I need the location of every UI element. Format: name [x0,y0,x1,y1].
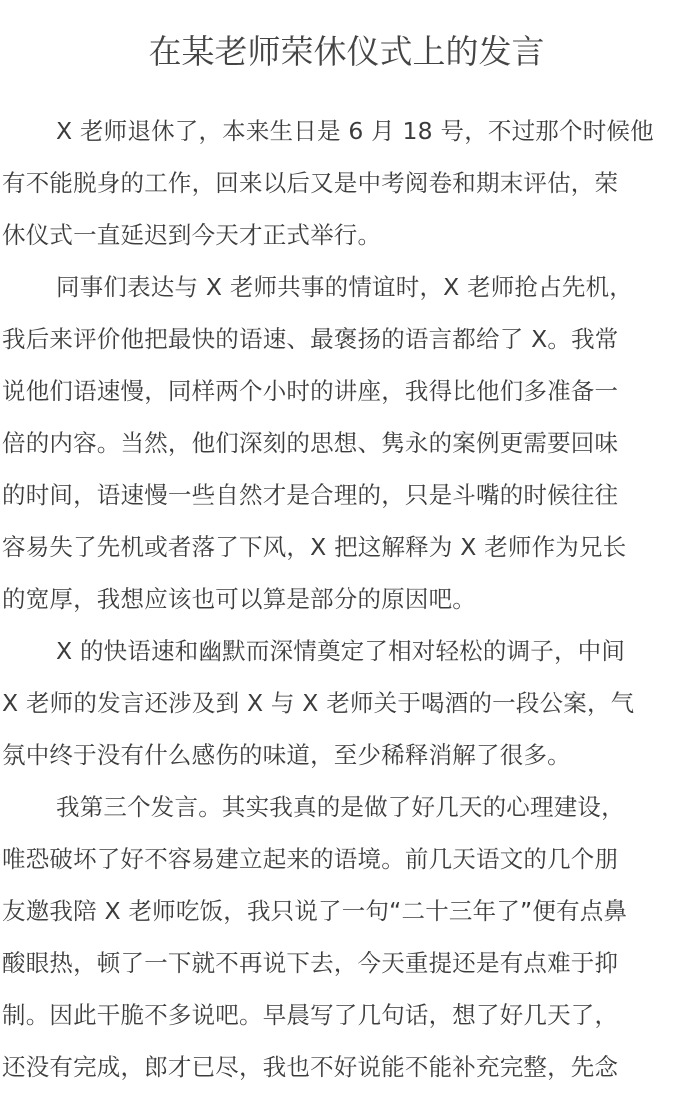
paragraph-1: X 老师退休了，本来生日是 6 月 18 号，不过那个时候他 有不能脱身的工作，… [2,105,692,261]
text-line: X 的快语速和幽默而深情奠定了相对轻松的调子，中间 [2,625,692,677]
paragraph-2: 同事们表达与 X 老师共事的情谊时，X 老师抢占先机， 我后来评价他把最快的语速… [2,261,692,625]
text-line: 友邀我陪 X 老师吃饭，我只说了一句“二十三年了”便有点鼻 [2,885,692,937]
paragraph-3: X 的快语速和幽默而深情奠定了相对轻松的调子，中间 X 老师的发言还涉及到 X … [2,625,692,781]
text-line: X 老师退休了，本来生日是 6 月 18 号，不过那个时候他 [2,105,692,157]
text-line: 制。因此干脆不多说吧。早晨写了几句话，想了好几天了， [2,989,692,1041]
text-line: 酸眼热，顿了一下就不再说下去，今天重提还是有点难于抑 [2,937,692,989]
text-line: 的时间，语速慢一些自然才是合理的，只是斗嘴的时候往往 [2,469,692,521]
text-line: 有不能脱身的工作，回来以后又是中考阅卷和期末评估，荣 [2,157,692,209]
text-line: 容易失了先机或者落了下风，X 把这解释为 X 老师作为兄长 [2,521,692,573]
text-line: 休仪式一直延迟到今天才正式举行。 [2,209,692,261]
document-title: 在某老师荣休仪式上的发言 [0,30,693,74]
text-line: 唯恐破坏了好不容易建立起来的语境。前几天语文的几个朋 [2,833,692,885]
text-line: 说他们语速慢，同样两个小时的讲座，我得比他们多准备一 [2,365,692,417]
text-line: 同事们表达与 X 老师共事的情谊时，X 老师抢占先机， [2,261,692,313]
document-page: 在某老师荣休仪式上的发言 X 老师退休了，本来生日是 6 月 18 号，不过那个… [0,0,693,1097]
text-line: 氛中终于没有什么感伤的味道，至少稀释消解了很多。 [2,729,692,781]
document-body: X 老师退休了，本来生日是 6 月 18 号，不过那个时候他 有不能脱身的工作，… [2,105,692,1093]
text-line: 我后来评价他把最快的语速、最褒扬的语言都给了 X。我常 [2,313,692,365]
text-line: 还没有完成，郎才已尽，我也不好说能不能补充完整，先念 [2,1041,692,1093]
text-line: 的宽厚，我想应该也可以算是部分的原因吧。 [2,573,692,625]
text-line: 我第三个发言。其实我真的是做了好几天的心理建设， [2,781,692,833]
text-line: X 老师的发言还涉及到 X 与 X 老师关于喝酒的一段公案，气 [2,677,692,729]
paragraph-4: 我第三个发言。其实我真的是做了好几天的心理建设， 唯恐破坏了好不容易建立起来的语… [2,781,692,1093]
text-line: 倍的内容。当然，他们深刻的思想、隽永的案例更需要回味 [2,417,692,469]
